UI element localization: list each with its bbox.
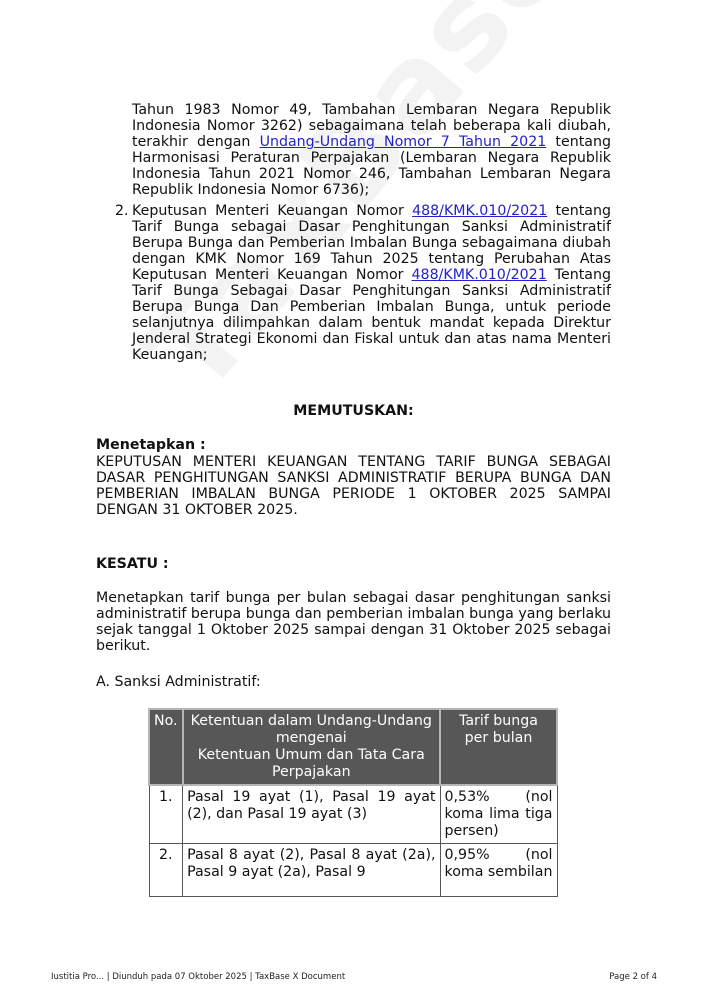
item2-text-1: Keputusan Menteri Keuangan Nomor: [132, 203, 412, 219]
row-tarif: 0,53% (nol koma lima tiga persen): [440, 785, 557, 844]
table-row: 1. Pasal 19 ayat (1), Pasal 19 ayat (2),…: [149, 785, 557, 844]
row-tarif: 0,95% (nol koma sembilan: [440, 844, 557, 897]
row-no: 1.: [149, 785, 183, 844]
kmk-488-link-2[interactable]: 488/KMK.010/2021: [412, 267, 547, 283]
menetapkan-text: KEPUTUSAN MENTERI KEUANGAN TENTANG TARIF…: [96, 454, 611, 518]
item2-number: 2.: [115, 203, 129, 219]
header-ketentuan-line2: Ketentuan Umum dan Tata Cara Perpajakan: [188, 747, 435, 781]
section-a-heading: A. Sanksi Administratif:: [96, 674, 261, 690]
table-header-row: No. Ketentuan dalam Undang-Undang mengen…: [149, 709, 557, 785]
footer-source: Iustitia Pro... | Diunduh pada 07 Oktobe…: [51, 972, 345, 982]
legal-basis-item-2: 2. Keputusan Menteri Keuangan Nomor 488/…: [115, 203, 611, 363]
kesatu-text: Menetapkan tarif bunga per bulan sebagai…: [96, 590, 611, 654]
row-no: 2.: [149, 844, 183, 897]
memutuskan-heading: MEMUTUSKAN:: [96, 403, 611, 419]
kesatu-heading: KESATU :: [96, 556, 169, 572]
row-ketentuan: Pasal 19 ayat (1), Pasal 19 ayat (2), da…: [183, 785, 440, 844]
interest-rate-table: No. Ketentuan dalam Undang-Undang mengen…: [148, 708, 558, 897]
row-ketentuan: Pasal 8 ayat (2), Pasal 8 ayat (2a), Pas…: [183, 844, 440, 897]
header-ketentuan-line1: Ketentuan dalam Undang-Undang mengenai: [188, 713, 435, 747]
header-tarif: Tarif bunga per bulan: [440, 709, 557, 785]
header-no: No.: [149, 709, 183, 785]
uu-7-2021-link[interactable]: Undang-Undang Nomor 7 Tahun 2021: [260, 134, 547, 150]
table-row: 2. Pasal 8 ayat (2), Pasal 8 ayat (2a), …: [149, 844, 557, 897]
legal-basis-item-1-continuation: Tahun 1983 Nomor 49, Tambahan Lembaran N…: [132, 102, 611, 198]
page-number: Page 2 of 4: [609, 972, 657, 982]
kmk-488-link-1[interactable]: 488/KMK.010/2021: [412, 203, 547, 219]
menetapkan-label: Menetapkan :: [96, 437, 206, 453]
header-ketentuan: Ketentuan dalam Undang-Undang mengenai K…: [183, 709, 440, 785]
